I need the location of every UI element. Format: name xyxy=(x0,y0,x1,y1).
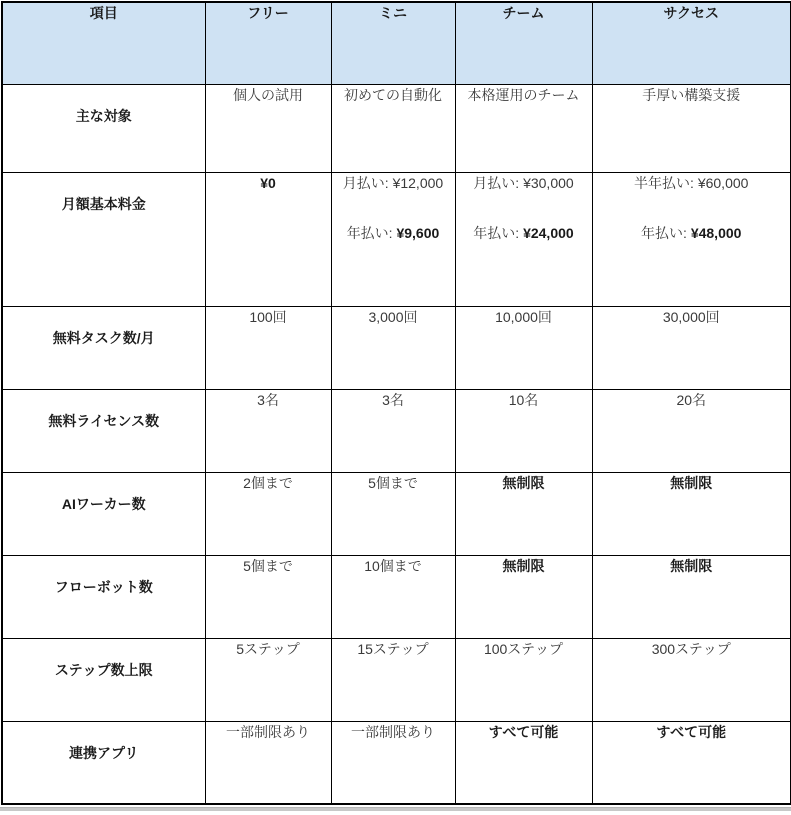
table-cell: 一部制限あり xyxy=(331,721,455,804)
table-row: 月額基本料金¥0月払い: ¥12,000年払い: ¥9,600月払い: ¥30,… xyxy=(2,172,791,306)
row-label: 連携アプリ xyxy=(2,721,205,804)
cell-text: 5ステップ xyxy=(236,641,300,657)
cell-line: 年払い: ¥48,000 xyxy=(597,223,787,244)
cell-text: 年払い: xyxy=(347,225,397,241)
table-cell: 手厚い構築支援 xyxy=(592,84,791,172)
cell-line: すべて可能 xyxy=(597,722,787,743)
cell-line: 5ステップ xyxy=(210,639,327,660)
cell-line: 2個まで xyxy=(210,473,327,494)
cell-text: 一部制限あり xyxy=(351,724,435,740)
cell-text-bold: ¥0 xyxy=(260,175,276,191)
table-cell: 無制限 xyxy=(455,555,592,638)
table-cell: 10,000回 xyxy=(455,306,592,389)
table-cell: 初めての自動化 xyxy=(331,84,455,172)
table-cell: 100回 xyxy=(205,306,331,389)
column-header: チーム xyxy=(455,2,592,84)
cell-text-bold: 無制限 xyxy=(670,475,712,491)
table-body: 主な対象個人の試用初めての自動化本格運用のチーム手厚い構築支援月額基本料金¥0月… xyxy=(2,84,791,804)
cell-text: 本格運用のチーム xyxy=(468,87,580,103)
cell-text: 30,000回 xyxy=(663,309,720,325)
header-row: 項目フリーミニチームサクセス xyxy=(2,2,791,84)
table-row: 無料タスク数/月100回3,000回10,000回30,000回 xyxy=(2,306,791,389)
cell-text: 年払い: xyxy=(473,225,523,241)
cell-line: 月払い: ¥12,000 xyxy=(336,173,451,194)
table-cell: 月払い: ¥30,000年払い: ¥24,000 xyxy=(455,172,592,306)
column-header: ミニ xyxy=(331,2,455,84)
cell-text: 100回 xyxy=(249,309,286,325)
table-cell: すべて可能 xyxy=(592,721,791,804)
cell-text: 3名 xyxy=(257,392,279,408)
cell-line: 3名 xyxy=(210,390,327,411)
document-page: 項目フリーミニチームサクセス 主な対象個人の試用初めての自動化本格運用のチーム手… xyxy=(0,0,791,815)
table-cell: 15ステップ xyxy=(331,638,455,721)
cell-text: 10名 xyxy=(509,392,539,408)
cell-line: 無制限 xyxy=(460,473,588,494)
cell-text: 3名 xyxy=(382,392,404,408)
table-cell: 10個まで xyxy=(331,555,455,638)
cell-text-bold: すべて可能 xyxy=(656,724,726,740)
table-cell: 無制限 xyxy=(592,472,791,555)
table-cell: 無制限 xyxy=(455,472,592,555)
cell-text-bold: 無制限 xyxy=(670,558,712,574)
cell-text: 15ステップ xyxy=(357,641,428,657)
cell-line: 無制限 xyxy=(460,556,588,577)
column-header: サクセス xyxy=(592,2,791,84)
cell-text: 一部制限あり xyxy=(226,724,310,740)
cell-line: 5個まで xyxy=(210,556,327,577)
table-cell: 5ステップ xyxy=(205,638,331,721)
cell-line: 年払い: ¥24,000 xyxy=(460,223,588,244)
cell-line: 20名 xyxy=(597,390,787,411)
cell-text: 100ステップ xyxy=(484,641,563,657)
table-row: AIワーカー数2個まで5個まで無制限無制限 xyxy=(2,472,791,555)
cell-text-bold: 無制限 xyxy=(503,475,545,491)
cell-line: 無制限 xyxy=(597,556,787,577)
cell-line: 無制限 xyxy=(597,473,787,494)
cell-line: 初めての自動化 xyxy=(336,85,451,106)
table-cell: 3名 xyxy=(205,389,331,472)
cell-line: 15ステップ xyxy=(336,639,451,660)
column-header: フリー xyxy=(205,2,331,84)
row-label: 無料タスク数/月 xyxy=(2,306,205,389)
cell-line: 年払い: ¥9,600 xyxy=(336,223,451,244)
cell-text: 3,000回 xyxy=(368,309,417,325)
cell-text: 300ステップ xyxy=(652,641,731,657)
cell-text: 10個まで xyxy=(364,558,422,574)
cell-text: 月払い: ¥30,000 xyxy=(473,175,573,191)
cell-line: すべて可能 xyxy=(460,722,588,743)
cell-text: 20名 xyxy=(676,392,706,408)
cell-line: 300ステップ xyxy=(597,639,787,660)
cell-line: 手厚い構築支援 xyxy=(597,85,787,106)
table-cell: 3,000回 xyxy=(331,306,455,389)
table-cell: 個人の試用 xyxy=(205,84,331,172)
cell-line: 10名 xyxy=(460,390,588,411)
table-row: フローボット数5個まで10個まで無制限無制限 xyxy=(2,555,791,638)
cell-text: 手厚い構築支援 xyxy=(642,87,740,103)
cell-text: 初めての自動化 xyxy=(344,87,442,103)
cell-text: 月払い: ¥12,000 xyxy=(343,175,443,191)
table-cell: 半年払い: ¥60,000年払い: ¥48,000 xyxy=(592,172,791,306)
table-cell: 10名 xyxy=(455,389,592,472)
cell-text: 5個まで xyxy=(243,558,293,574)
cell-line: 5個まで xyxy=(336,473,451,494)
table-row: 主な対象個人の試用初めての自動化本格運用のチーム手厚い構築支援 xyxy=(2,84,791,172)
table-cell: ¥0 xyxy=(205,172,331,306)
cell-text-bold: ¥24,000 xyxy=(523,225,574,241)
cell-line: 100ステップ xyxy=(460,639,588,660)
cell-line: 100回 xyxy=(210,307,327,328)
cell-line: 一部制限あり xyxy=(336,722,451,743)
cell-text-bold: ¥48,000 xyxy=(691,225,742,241)
table-row: 無料ライセンス数3名3名10名20名 xyxy=(2,389,791,472)
cell-line: 30,000回 xyxy=(597,307,787,328)
row-label: 主な対象 xyxy=(2,84,205,172)
pricing-table: 項目フリーミニチームサクセス 主な対象個人の試用初めての自動化本格運用のチーム手… xyxy=(1,1,791,805)
row-label: 無料ライセンス数 xyxy=(2,389,205,472)
row-label: AIワーカー数 xyxy=(2,472,205,555)
cell-text: 個人の試用 xyxy=(233,87,303,103)
cell-text: 年払い: xyxy=(641,225,691,241)
cell-text-bold: ¥9,600 xyxy=(396,225,439,241)
column-header: 項目 xyxy=(2,2,205,84)
table-cell: 100ステップ xyxy=(455,638,592,721)
table-cell: 本格運用のチーム xyxy=(455,84,592,172)
table-cell: すべて可能 xyxy=(455,721,592,804)
row-label: フローボット数 xyxy=(2,555,205,638)
row-label: ステップ数上限 xyxy=(2,638,205,721)
table-row: ステップ数上限5ステップ15ステップ100ステップ300ステップ xyxy=(2,638,791,721)
table-cell: 一部制限あり xyxy=(205,721,331,804)
table-row: 連携アプリ一部制限あり一部制限ありすべて可能すべて可能 xyxy=(2,721,791,804)
table-cell: 月払い: ¥12,000年払い: ¥9,600 xyxy=(331,172,455,306)
table-cell: 300ステップ xyxy=(592,638,791,721)
row-label: 月額基本料金 xyxy=(2,172,205,306)
cell-line: 本格運用のチーム xyxy=(460,85,588,106)
cell-line: 3名 xyxy=(336,390,451,411)
table-cell: 3名 xyxy=(331,389,455,472)
table-cell: 2個まで xyxy=(205,472,331,555)
cell-line: 3,000回 xyxy=(336,307,451,328)
table-cell: 無制限 xyxy=(592,555,791,638)
horizontal-scrollbar[interactable] xyxy=(0,807,791,811)
table-cell: 30,000回 xyxy=(592,306,791,389)
cell-line: 10個まで xyxy=(336,556,451,577)
cell-line: 10,000回 xyxy=(460,307,588,328)
cell-line: ¥0 xyxy=(210,173,327,194)
cell-text: 2個まで xyxy=(243,475,293,491)
cell-line: 個人の試用 xyxy=(210,85,327,106)
cell-text-bold: すべて可能 xyxy=(489,724,559,740)
cell-text: 10,000回 xyxy=(495,309,552,325)
cell-line: 半年払い: ¥60,000 xyxy=(597,173,787,194)
table-cell: 5個まで xyxy=(331,472,455,555)
cell-text: 半年払い: ¥60,000 xyxy=(634,175,748,191)
table-cell: 20名 xyxy=(592,389,791,472)
cell-text: 5個まで xyxy=(368,475,418,491)
table-cell: 5個まで xyxy=(205,555,331,638)
cell-line: 月払い: ¥30,000 xyxy=(460,173,588,194)
cell-text-bold: 無制限 xyxy=(503,558,545,574)
cell-line: 一部制限あり xyxy=(210,722,327,743)
